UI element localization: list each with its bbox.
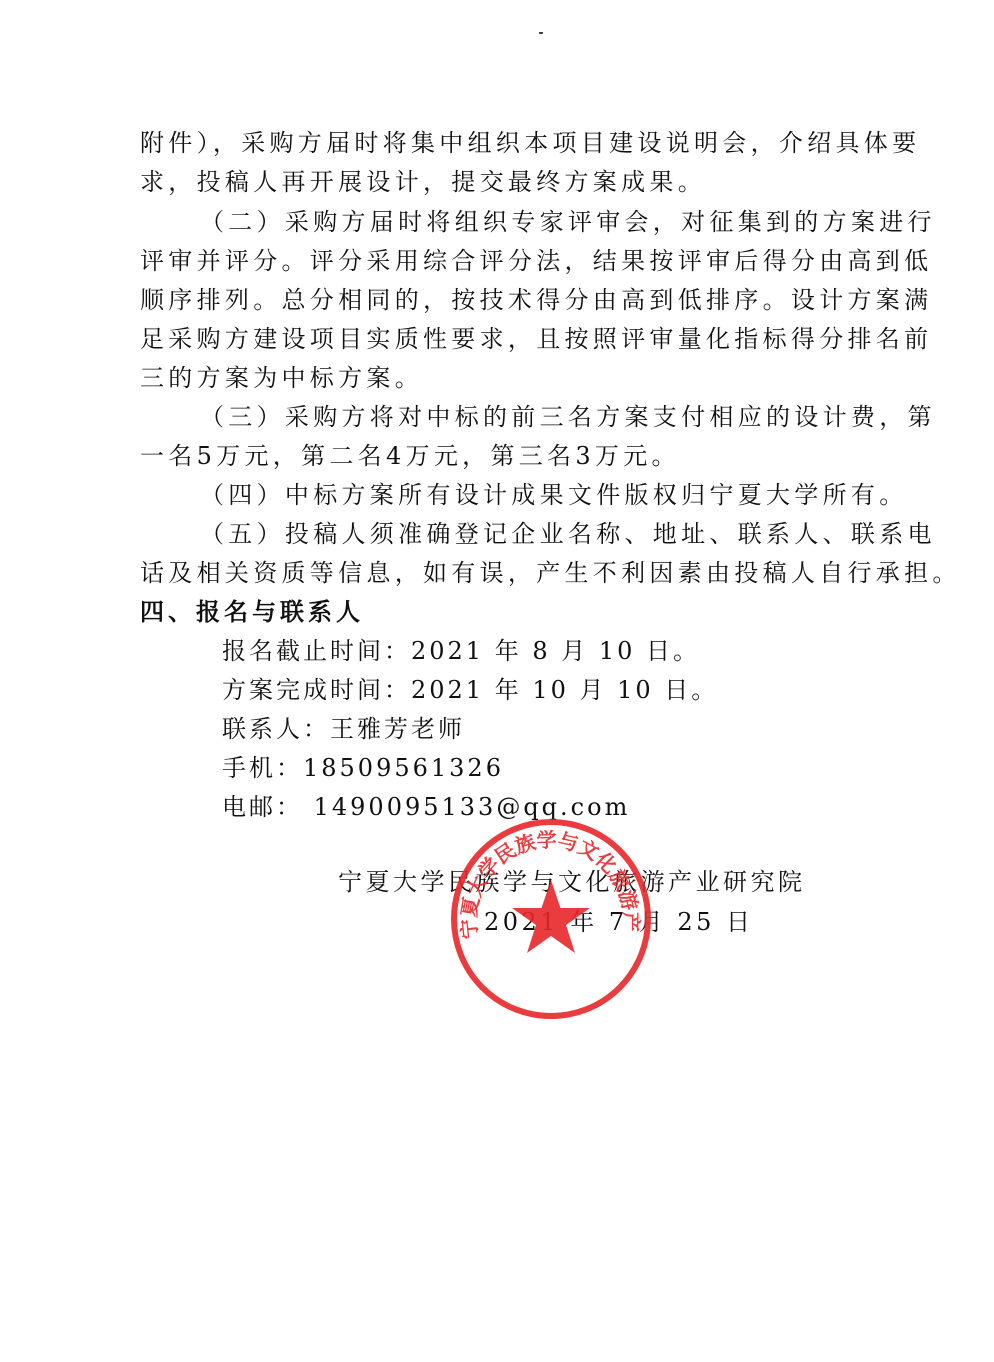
section-heading: 四、报名与联系人 (140, 596, 364, 628)
body-line: 一名5万元，第二名4万元，第三名3万元。 (140, 440, 680, 472)
body-line: （五）投稿人须准确登记企业名称、地址、联系人、联系电 (200, 518, 936, 550)
signature-organization: 宁夏大学民族学与文化旅游产业研究院 (338, 866, 806, 898)
scan-speck (539, 32, 543, 34)
document-page: 附件），采购方届时将集中组织本项目建设说明会，介绍具体要 求，投稿人再开展设计，… (0, 0, 994, 1362)
body-line: 评审并评分。评分采用综合评分法，结果按评审后得分由高到低 (140, 245, 932, 277)
body-line: 附件），采购方届时将集中组织本项目建设说明会，介绍具体要 (140, 127, 920, 159)
completion-deadline: 方案完成时间：2021 年 10 月 10 日。 (222, 674, 718, 706)
body-line: （四）中标方案所有设计成果文件版权归宁夏大学所有。 (200, 479, 908, 511)
body-line: 足采购方建设项目实质性要求，且按照评审量化指标得分排名前 (140, 323, 932, 355)
phone-number: 手机：18509561326 (222, 752, 504, 784)
body-line: （三）采购方将对中标的前三名方案支付相应的设计费，第 (200, 401, 936, 433)
body-line: （二）采购方届时将组织专家评审会，对征集到的方案进行 (200, 206, 936, 238)
body-line: 求，投稿人再开展设计，提交最终方案成果。 (140, 166, 706, 198)
body-line: 话及相关资质等信息，如有误，产生不利因素由投稿人自行承担。 (140, 557, 961, 589)
body-line: 三的方案为中标方案。 (140, 362, 423, 394)
body-line: 顺序排列。总分相同的，按技术得分由高到低排序。设计方案满 (140, 284, 932, 316)
signature-date: 2021 年 7 月 25 日 (484, 906, 754, 938)
contact-person: 联系人：王雅芳老师 (222, 713, 465, 745)
registration-deadline: 报名截止时间：2021 年 8 月 10 日。 (222, 635, 700, 667)
email-address: 电邮： 1490095133@qq.com (222, 791, 630, 823)
